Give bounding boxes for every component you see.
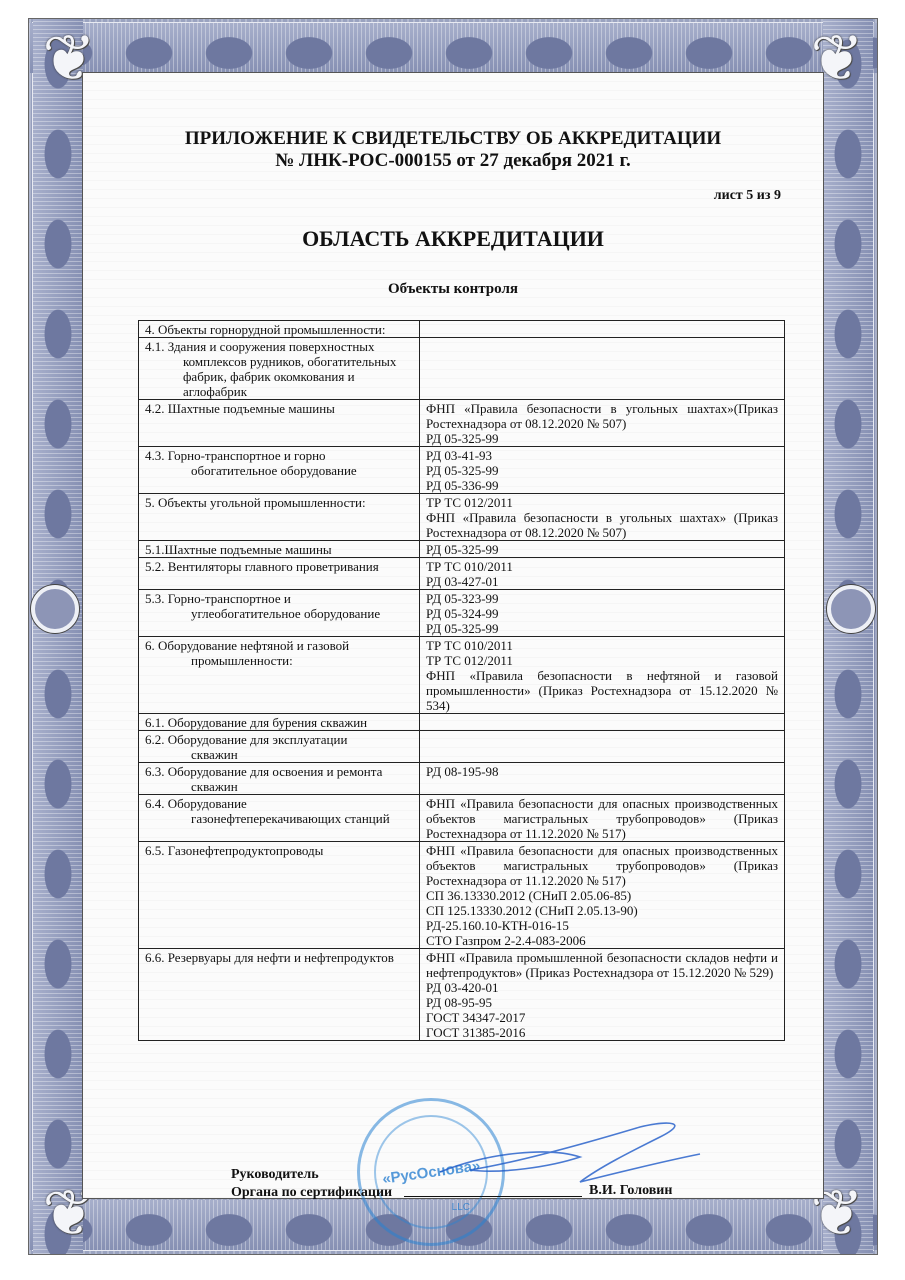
- control-object-cell: 6.4. Оборудованиегазонефтеперекачивающих…: [139, 795, 420, 842]
- normative-docs-cell: [420, 731, 785, 763]
- control-object-text: 6.2. Оборудование для эксплуатации: [145, 732, 413, 747]
- normative-doc: ФНП «Правила безопасности для опасных пр…: [426, 843, 778, 888]
- control-object-cell: 4.3. Горно-транспортное и горнообогатите…: [139, 447, 420, 494]
- control-object-text: газонефтеперекачивающих станций: [145, 811, 413, 826]
- side-medallion-icon: [25, 539, 85, 679]
- table-row: 4. Объекты горнорудной промышленности:: [139, 321, 785, 338]
- table-row: 6.3. Оборудование для освоения и ремонта…: [139, 763, 785, 795]
- normative-docs-cell: РД 05-325-99: [420, 541, 785, 558]
- control-object-cell: 6.1. Оборудование для бурения скважин: [139, 714, 420, 731]
- control-object-text: 4. Объекты горнорудной промышленности:: [145, 322, 413, 337]
- header-title: ПРИЛОЖЕНИЕ К СВИДЕТЕЛЬСТВУ ОБ АККРЕДИТАЦ…: [82, 128, 824, 150]
- normative-doc: РД 08-95-95: [426, 995, 778, 1010]
- control-object-text: фабрик, фабрик окомкования и: [145, 369, 413, 384]
- normative-doc: РД 03-427-01: [426, 574, 778, 589]
- table-row: 6.6. Резервуары для нефти и нефтепродукт…: [139, 949, 785, 1041]
- control-object-text: углеобогатительное оборудование: [145, 606, 413, 621]
- normative-doc: ФНП «Правила безопасности в угольных шах…: [426, 510, 778, 540]
- normative-docs-cell: ТР ТС 012/2011ФНП «Правила безопасности …: [420, 494, 785, 541]
- normative-doc: РД 08-195-98: [426, 764, 778, 779]
- control-object-text: комплексов рудников, обогатительных: [145, 354, 413, 369]
- normative-doc: ТР ТС 012/2011: [426, 495, 778, 510]
- normative-doc: РД 05-323-99: [426, 591, 778, 606]
- control-object-text: 4.2. Шахтные подъемные машины: [145, 401, 413, 416]
- control-object-cell: 6.5. Газонефтепродуктопроводы: [139, 842, 420, 949]
- table-row: 6.4. Оборудованиегазонефтеперекачивающих…: [139, 795, 785, 842]
- normative-doc: РД 05-325-99: [426, 621, 778, 636]
- normative-doc: РД 05-325-99: [426, 431, 778, 446]
- position-line-2: Органа по сертификации: [231, 1184, 392, 1202]
- subsection-title: Объекты контроля: [82, 281, 824, 298]
- normative-docs-cell: РД 05-323-99РД 05-324-99РД 05-325-99: [420, 590, 785, 637]
- control-object-text: 6. Оборудование нефтяной и газовой: [145, 638, 413, 653]
- sheet-number: лист 5 из 9: [714, 188, 781, 204]
- normative-doc: РД-25.160.10-КТН-016-15: [426, 918, 778, 933]
- frame-border-top: [29, 23, 877, 73]
- signature-line: [404, 1196, 582, 1197]
- normative-doc: ТР ТС 012/2011: [426, 653, 778, 668]
- normative-docs-cell: ФНП «Правила промышленной безопасности с…: [420, 949, 785, 1041]
- table-row: 6.1. Оборудование для бурения скважин: [139, 714, 785, 731]
- normative-doc: СТО Газпром 2-2.4-083-2006: [426, 933, 778, 948]
- control-object-text: промышленности:: [145, 653, 413, 668]
- normative-docs-cell: РД 08-195-98: [420, 763, 785, 795]
- normative-doc: РД 05-325-99: [426, 463, 778, 478]
- control-object-text: 5.3. Горно-транспортное и: [145, 591, 413, 606]
- table-row: 5. Объекты угольной промышленности:ТР ТС…: [139, 494, 785, 541]
- normative-doc: ГОСТ 31385-2016: [426, 1025, 778, 1040]
- control-object-cell: 4. Объекты горнорудной промышленности:: [139, 321, 420, 338]
- document-header: ПРИЛОЖЕНИЕ К СВИДЕТЕЛЬСТВУ ОБ АККРЕДИТАЦ…: [82, 128, 824, 172]
- control-object-text: 6.6. Резервуары для нефти и нефтепродукт…: [145, 950, 413, 965]
- normative-docs-cell: ТР ТС 010/2011ТР ТС 012/2011ФНП «Правила…: [420, 637, 785, 714]
- normative-docs-cell: ФНП «Правила безопасности для опасных пр…: [420, 795, 785, 842]
- normative-docs-cell: [420, 714, 785, 731]
- control-object-cell: 5.2. Вентиляторы главного проветривания: [139, 558, 420, 590]
- side-medallion-icon: [821, 539, 881, 679]
- table-row: 5.1.Шахтные подъемные машиныРД 05-325-99: [139, 541, 785, 558]
- normative-doc: ФНП «Правила безопасности в нефтяной и г…: [426, 668, 778, 713]
- control-object-cell: 5. Объекты угольной промышленности:: [139, 494, 420, 541]
- section-title: ОБЛАСТЬ АККРЕДИТАЦИИ: [82, 226, 824, 252]
- table-row: 4.1. Здания и сооружения поверхностныхко…: [139, 338, 785, 400]
- normative-doc: РД 05-325-99: [426, 542, 778, 557]
- control-object-text: 4.3. Горно-транспортное и горно: [145, 448, 413, 463]
- control-object-cell: 6.2. Оборудование для эксплуатациискважи…: [139, 731, 420, 763]
- normative-docs-cell: ФНП «Правила безопасности для опасных пр…: [420, 842, 785, 949]
- normative-docs-cell: ТР ТС 010/2011РД 03-427-01: [420, 558, 785, 590]
- control-object-cell: 6.3. Оборудование для освоения и ремонта…: [139, 763, 420, 795]
- stamp-sub: LLC: [452, 1202, 470, 1213]
- control-object-text: аглофабрик: [145, 384, 413, 399]
- normative-doc: ТР ТС 010/2011: [426, 559, 778, 574]
- accreditation-scope-table: 4. Объекты горнорудной промышленности: 4…: [138, 320, 785, 1041]
- table-row: 4.3. Горно-транспортное и горнообогатите…: [139, 447, 785, 494]
- normative-doc: ГОСТ 34347-2017: [426, 1010, 778, 1025]
- control-object-cell: 5.1.Шахтные подъемные машины: [139, 541, 420, 558]
- normative-docs-cell: [420, 321, 785, 338]
- signer-name: В.И. Головин: [589, 1183, 672, 1199]
- normative-doc: СП 125.13330.2012 (СНиП 2.05.13-90): [426, 903, 778, 918]
- control-object-text: 6.4. Оборудование: [145, 796, 413, 811]
- table-row: 6.5. ГазонефтепродуктопроводыФНП «Правил…: [139, 842, 785, 949]
- control-object-cell: 4.2. Шахтные подъемные машины: [139, 400, 420, 447]
- certificate-number: № ЛНК-РОС-000155 от 27 декабря 2021 г.: [82, 150, 824, 172]
- control-object-text: 4.1. Здания и сооружения поверхностных: [145, 339, 413, 354]
- control-object-text: обогатительное оборудование: [145, 463, 413, 478]
- normative-doc: ТР ТС 010/2011: [426, 638, 778, 653]
- normative-docs-cell: [420, 338, 785, 400]
- signature-position: Руководитель Органа по сертификации: [231, 1166, 392, 1202]
- control-object-cell: 6. Оборудование нефтяной и газовойпромыш…: [139, 637, 420, 714]
- normative-doc: РД 05-324-99: [426, 606, 778, 621]
- normative-doc: СП 36.13330.2012 (СНиП 2.05.06-85): [426, 888, 778, 903]
- control-object-text: 6.1. Оборудование для бурения скважин: [145, 715, 413, 730]
- control-object-cell: 6.6. Резервуары для нефти и нефтепродукт…: [139, 949, 420, 1041]
- control-object-text: 5.2. Вентиляторы главного проветривания: [145, 559, 413, 574]
- table-row: 6. Оборудование нефтяной и газовойпромыш…: [139, 637, 785, 714]
- position-line-1: Руководитель: [231, 1166, 392, 1184]
- control-object-cell: 5.3. Горно-транспортное иуглеобогатитель…: [139, 590, 420, 637]
- control-object-text: скважин: [145, 747, 413, 762]
- control-object-text: скважин: [145, 779, 413, 794]
- control-object-text: 5. Объекты угольной промышленности:: [145, 495, 413, 510]
- normative-docs-cell: РД 03-41-93РД 05-325-99РД 05-336-99: [420, 447, 785, 494]
- normative-doc: ФНП «Правила промышленной безопасности с…: [426, 950, 778, 980]
- normative-doc: РД 03-41-93: [426, 448, 778, 463]
- normative-doc: РД 05-336-99: [426, 478, 778, 493]
- normative-doc: ФНП «Правила безопасности для опасных пр…: [426, 796, 778, 841]
- control-object-cell: 4.1. Здания и сооружения поверхностныхко…: [139, 338, 420, 400]
- table-row: 5.2. Вентиляторы главного проветриванияТ…: [139, 558, 785, 590]
- control-object-text: 6.3. Оборудование для освоения и ремонта: [145, 764, 413, 779]
- table-row: 4.2. Шахтные подъемные машиныФНП «Правил…: [139, 400, 785, 447]
- normative-doc: ФНП «Правила безопасности в угольных шах…: [426, 401, 778, 431]
- control-object-text: 6.5. Газонефтепродуктопроводы: [145, 843, 413, 858]
- normative-doc: РД 03-420-01: [426, 980, 778, 995]
- normative-docs-cell: ФНП «Правила безопасности в угольных шах…: [420, 400, 785, 447]
- control-object-text: 5.1.Шахтные подъемные машины: [145, 542, 413, 557]
- table-row: 6.2. Оборудование для эксплуатациискважи…: [139, 731, 785, 763]
- table-row: 5.3. Горно-транспортное иуглеобогатитель…: [139, 590, 785, 637]
